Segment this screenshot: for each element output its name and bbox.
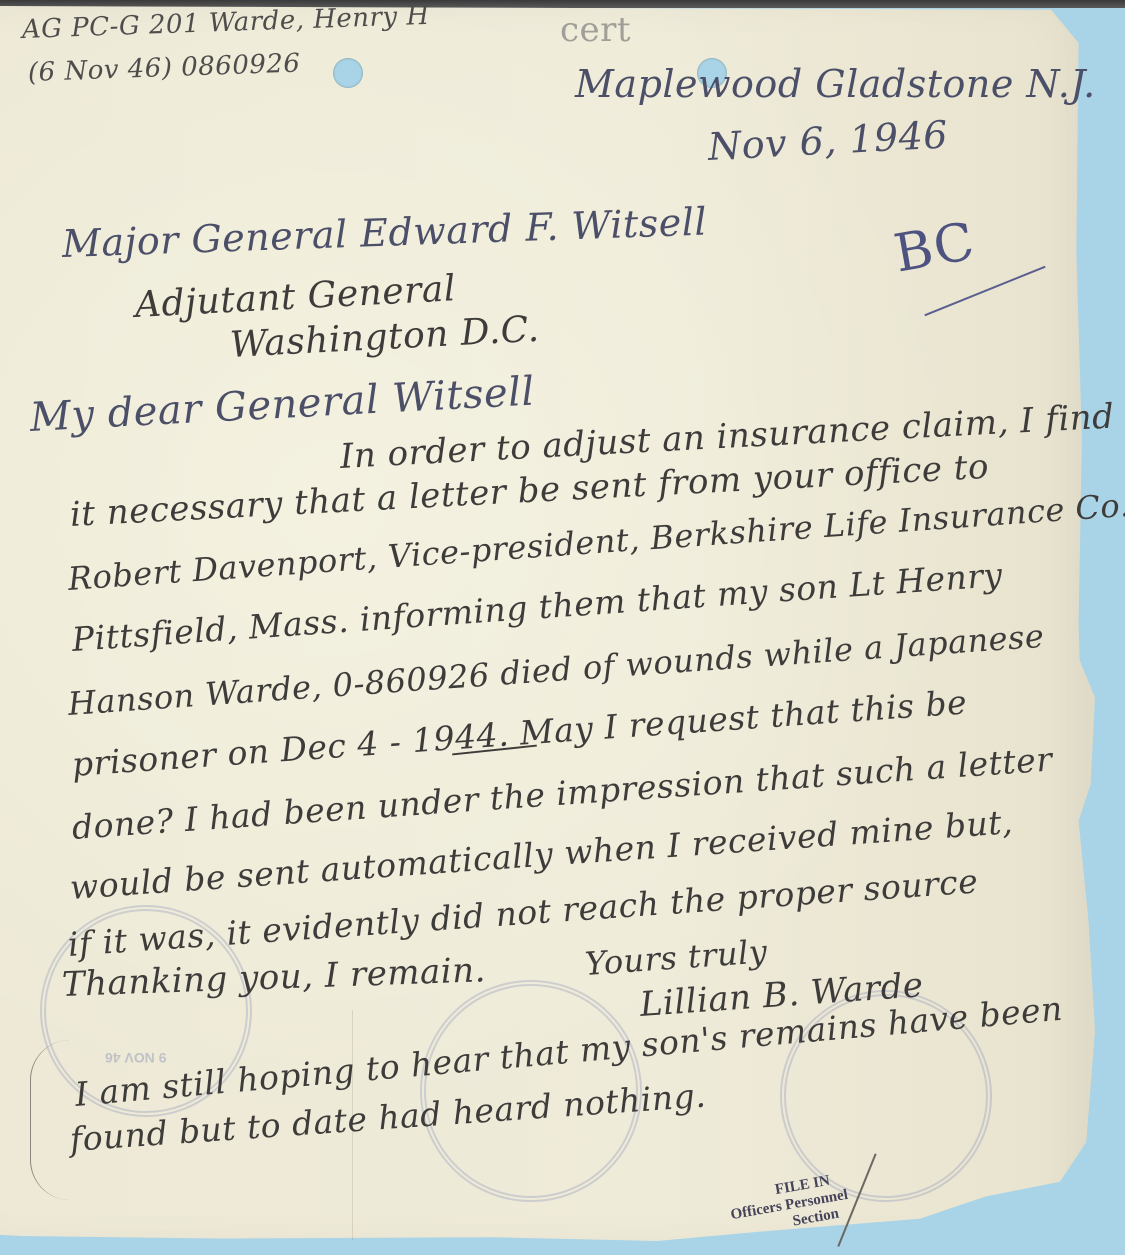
postscript-bracket bbox=[30, 1040, 71, 1200]
cert-note: cert bbox=[560, 10, 631, 50]
punch-hole-left bbox=[333, 58, 363, 88]
received-stamp-date: 9 NOV 46 bbox=[105, 1050, 166, 1066]
sender-address: Maplewood Gladstone N.J. bbox=[575, 62, 1096, 106]
